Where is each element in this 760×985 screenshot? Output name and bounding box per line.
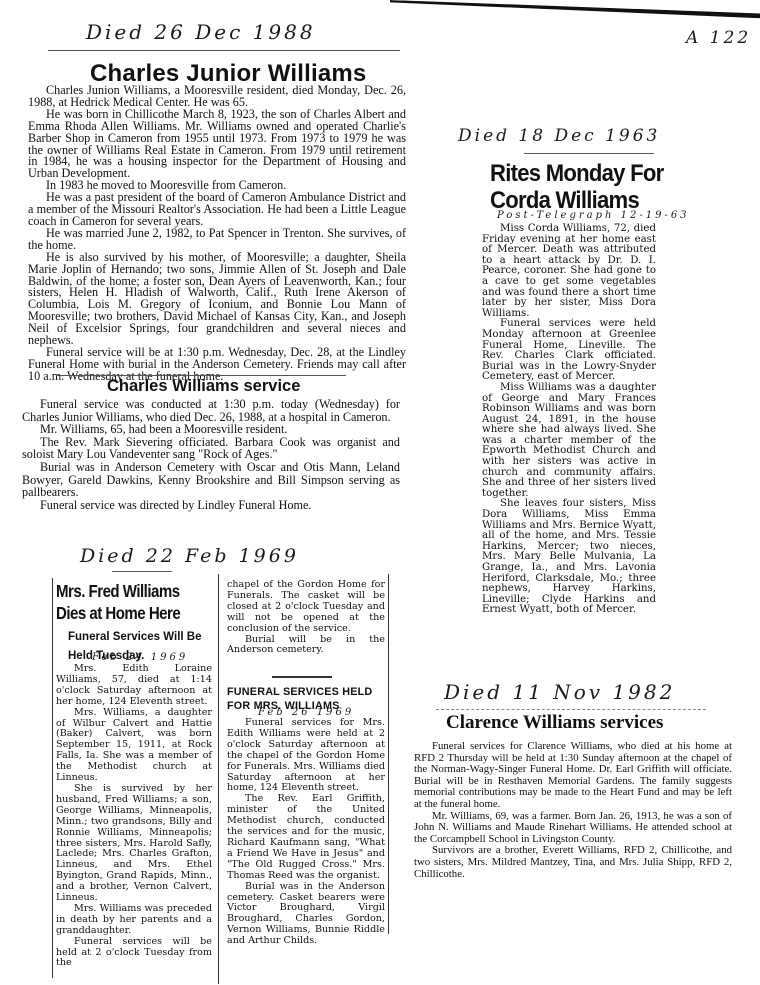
paragraph: She is survived by her husband, Fred Wil… [56, 784, 212, 904]
column-border [218, 574, 219, 984]
paragraph: Funeral services for Clarence Williams, … [414, 741, 732, 811]
paragraph: Mr. Williams, 69, was a farmer. Born Jan… [414, 811, 732, 846]
divider [48, 50, 400, 51]
paragraph: Funeral service was directed by Lindley … [22, 499, 400, 512]
obituary-title-mrs-fred: Mrs. Fred Williams Dies at Home Here [56, 580, 194, 624]
handwritten-note: Feb 24 1969 [92, 652, 188, 663]
article-title-clarence: Clarence Williams services [446, 712, 663, 734]
column-border [388, 574, 389, 934]
paragraph: Funeral service was conducted at 1:30 p.… [22, 398, 400, 423]
paragraph: Funeral services will be held at 2 o'clo… [56, 937, 212, 970]
obituary-body-mrs-fred-col2: chapel of the Gordon Home for Funerals. … [227, 580, 385, 656]
paragraph: Burial was in the Anderson cemetery. Cas… [227, 882, 385, 947]
paragraph: Charles Junion Williams, a Mooresville r… [28, 85, 406, 109]
divider [272, 676, 332, 678]
divider [56, 375, 346, 376]
handwritten-date-charles: Died 26 Dec 1988 [86, 20, 316, 44]
paragraph: She leaves four sisters, Miss Dora Willi… [482, 499, 656, 616]
paragraph: Mr. Williams, 65, had been a Mooresville… [22, 423, 400, 436]
paragraph: Burial was in Anderson Cemetery with Osc… [22, 461, 400, 499]
article-body-funeral-held: Funeral services for Mrs. Edith Williams… [227, 718, 385, 947]
paragraph: Mrs. Williams was preceded in death by h… [56, 904, 212, 937]
handwritten-date-mrs-fred: Died 22 Feb 1969 [80, 545, 299, 567]
article-body-clarence: Funeral services for Clarence Williams, … [414, 741, 732, 880]
handwritten-source-note: Post-Telegraph 12-19-63 [497, 210, 690, 221]
paragraph: Mrs. Edith Loraine Williams, 57, died at… [56, 664, 212, 708]
paragraph: Mrs. Williams, a daughter of Wilbur Calv… [56, 708, 212, 784]
paragraph: Funeral services were held Monday aftern… [482, 319, 656, 383]
article-title-charles-service: Charles Williams service [107, 377, 300, 396]
divider [436, 709, 706, 710]
page-number-annotation: A 122 [686, 28, 751, 48]
handwritten-date-clarence: Died 11 Nov 1982 [444, 680, 675, 704]
article-body-charles-service: Funeral service was conducted at 1:30 p.… [22, 398, 400, 511]
scan-edge-band [390, 0, 760, 19]
paragraph: He was married June 2, 1982, to Pat Spen… [28, 228, 406, 252]
obituary-title-corda: Rites Monday For Corda Williams [490, 160, 665, 214]
column-border [52, 578, 53, 978]
paragraph: He was a past president of the board of … [28, 192, 406, 228]
paragraph: Miss Corda Williams, 72, died Friday eve… [482, 224, 656, 319]
paragraph: He was born in Chillicothe March 8, 1923… [28, 109, 406, 180]
paragraph: Miss Williams was a daughter of George a… [482, 383, 656, 500]
obituary-body-mrs-fred-col1: Mrs. Edith Loraine Williams, 57, died at… [56, 664, 212, 969]
paragraph: Survivors are a brother, Everett William… [414, 845, 732, 880]
paragraph: Funeral services for Mrs. Edith Williams… [227, 718, 385, 794]
obituary-body-corda: Miss Corda Williams, 72, died Friday eve… [482, 224, 656, 616]
paragraph: chapel of the Gordon Home for Funerals. … [227, 580, 385, 635]
paragraph: The Rev. Mark Sievering officiated. Barb… [22, 436, 400, 461]
paragraph: Burial will be in the Anderson cemetery. [227, 635, 385, 657]
divider [112, 571, 172, 572]
paragraph: The Rev. Earl Griffith, minister of the … [227, 794, 385, 881]
obituary-body-charles-junior: Charles Junion Williams, a Mooresville r… [28, 85, 406, 383]
paragraph: He is also survived by his mother, of Mo… [28, 252, 406, 347]
divider [524, 153, 654, 154]
handwritten-date-corda: Died 18 Dec 1963 [458, 126, 660, 146]
